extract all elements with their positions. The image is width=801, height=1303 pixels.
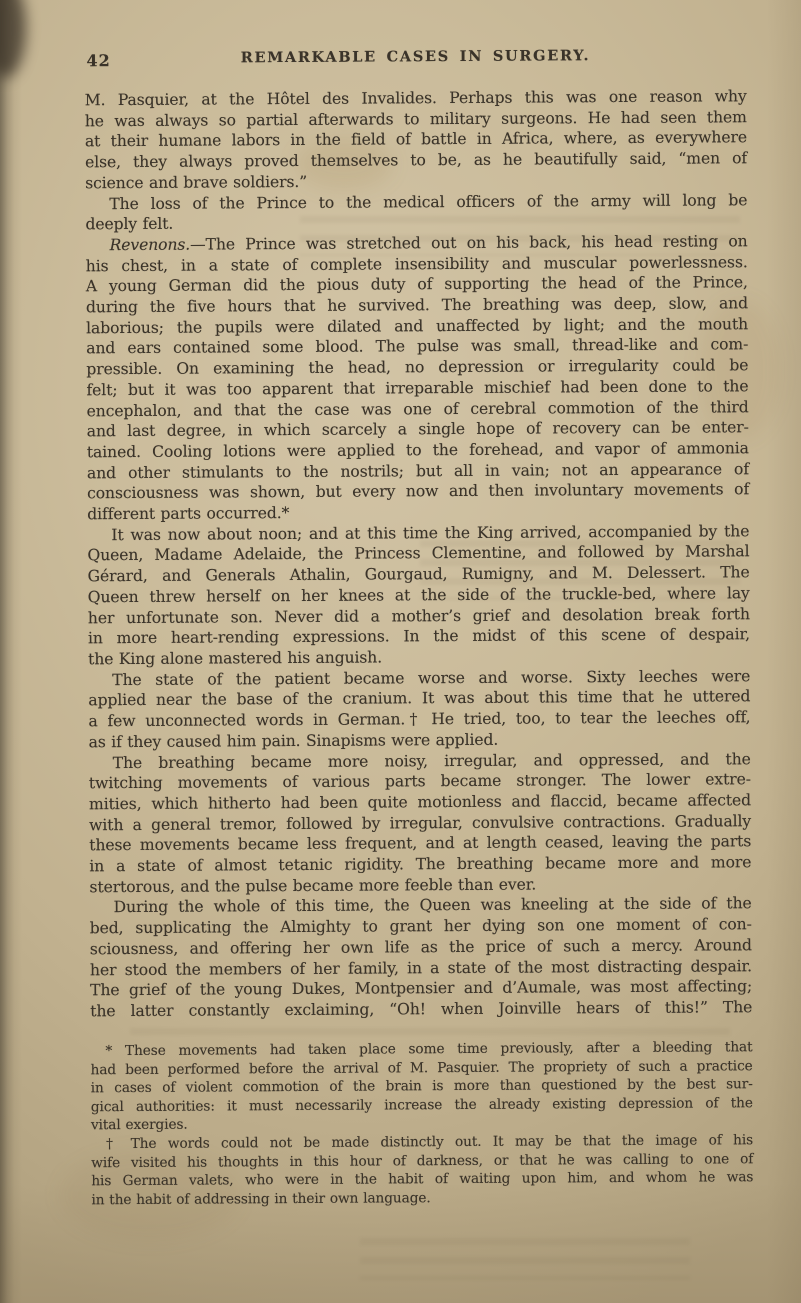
paragraph: The state of the patient became worse an… xyxy=(88,666,750,753)
line-text: twitching movements of various parts bec… xyxy=(89,770,751,792)
italic-lead: Revenons. xyxy=(110,236,191,254)
line-text: encephalon, and that the case was one of… xyxy=(87,398,749,420)
line-text: M. Pasquier, at the Hôtel des Invalides.… xyxy=(85,87,747,109)
line-text: During the whole of this time, the Queen… xyxy=(114,895,752,917)
line-text: felt; but it was too apparent that irrep… xyxy=(86,377,748,399)
line-text: wife visited his thoughts in this hour o… xyxy=(91,1151,753,1171)
text-line: else, they always proved themselves to b… xyxy=(85,148,747,173)
line-text: mities, which hitherto had been quite mo… xyxy=(89,791,751,813)
show-through xyxy=(360,1238,690,1280)
page-header: 42 REMARKABLE CASES IN SURGERY. xyxy=(84,46,746,67)
line-text: the latter constantly exclaiming, “Oh! w… xyxy=(90,998,752,1020)
line-text: her unfortunate son. Never did a mother’… xyxy=(88,605,750,627)
line-text: different parts occurred.* xyxy=(87,504,289,523)
line-text: laborious; the pupils were dilated and u… xyxy=(86,315,748,337)
paragraph: The loss of the Prince to the medical of… xyxy=(85,190,747,235)
line-text: Queen threw herself on her knees at the … xyxy=(88,584,750,606)
paragraph: Revenons.—The Prince was stretched out o… xyxy=(86,231,750,525)
line-text: and last degree, in which scarcely a sin… xyxy=(87,418,749,440)
line-text: † The words could not be made distinctly… xyxy=(106,1132,753,1152)
line-text: he was always so partial afterwards to m… xyxy=(85,108,747,130)
line-text: bed, supplicating the Almighty to grant … xyxy=(90,915,752,937)
line-text: The grief of the young Dukes, Montpensie… xyxy=(90,977,752,999)
line-text: his German valets, who were in the habit… xyxy=(91,1169,753,1189)
paragraph: The breathing became more noisy, irregul… xyxy=(89,749,752,898)
line-text: The breathing became more noisy, irregul… xyxy=(113,750,751,772)
line-text: Gérard, and Generals Athalin, Gourgaud, … xyxy=(88,563,750,585)
line-text: a few unconnected words in German.† He t… xyxy=(88,708,750,730)
line-text: with a general tremor, followed by irreg… xyxy=(89,812,751,834)
text-line: a few unconnected words in German.† He t… xyxy=(88,707,750,732)
line-text: during the five hours that he survived. … xyxy=(86,294,748,316)
right-vignette xyxy=(767,0,801,1303)
line-text: stertorous, and the pulse became more fe… xyxy=(89,875,536,896)
line-text: tained. Cooling lotions were applied to … xyxy=(87,439,749,461)
corner-shadow xyxy=(0,0,26,78)
line-text: the King alone mastered his anguish. xyxy=(88,648,382,668)
line-text: The loss of the Prince to the medical of… xyxy=(109,191,747,213)
text-line: in more heart-rending expressions. In th… xyxy=(88,624,750,649)
line-text: It was now about noon; and at this time … xyxy=(111,522,749,544)
text-line: The loss of the Prince to the medical of… xyxy=(85,190,747,215)
line-text: Queen, Madame Adelaide, the Princess Cle… xyxy=(87,543,749,565)
line-text: these movements became less frequent, an… xyxy=(89,833,751,855)
paragraph: During the whole of this time, the Queen… xyxy=(90,894,753,1022)
line-text: else, they always proved themselves to b… xyxy=(85,149,747,171)
line-text: vital exergies. xyxy=(91,1117,188,1134)
line-text: deeply felt. xyxy=(85,215,173,234)
line-text: gical authorities: it must necessarily i… xyxy=(91,1095,753,1115)
line-text: at their humane labors in the field of b… xyxy=(85,129,747,151)
footnote: * These movements had taken place some t… xyxy=(90,1038,753,1135)
book-edge-shadow xyxy=(0,0,22,1303)
footnote-section: * These movements had taken place some t… xyxy=(90,1038,753,1209)
line-text: his chest, in a state of complete insens… xyxy=(86,253,748,275)
line-text: in cases of violent commotion of the bra… xyxy=(91,1076,753,1096)
footnote: † The words could not be made distinctly… xyxy=(91,1131,753,1209)
paragraph: It was now about noon; and at this time … xyxy=(87,521,750,670)
line-text: as if they caused him pain. Sinapisms we… xyxy=(89,731,499,752)
line-text: in a state of almost tetanic rigidity. T… xyxy=(89,853,751,875)
line-text: applied near the base of the cranium. It… xyxy=(88,688,750,710)
page-number: 42 xyxy=(86,51,110,70)
line-text: pressible. On examining the head, no dep… xyxy=(86,356,748,378)
line-text: consciousness was shown, but every now a… xyxy=(87,481,749,503)
text-line: in a state of almost tetanic rigidity. T… xyxy=(89,852,751,877)
line-text: had been performed before the arrival of… xyxy=(91,1058,753,1078)
line-text: in the habit of addressing in their own … xyxy=(91,1190,430,1208)
line-text: her stood the members of her family, in … xyxy=(90,957,752,979)
line-text: The state of the patient became worse an… xyxy=(112,667,750,689)
text-line: the latter constantly exclaiming, “Oh! w… xyxy=(90,997,752,1022)
paragraph: M. Pasquier, at the Hôtel des Invalides.… xyxy=(85,86,748,194)
line-text: and other stimulants to the nostrils; bu… xyxy=(87,460,749,482)
text-line: consciousness was shown, but every now a… xyxy=(87,480,749,505)
running-head: REMARKABLE CASES IN SURGERY. xyxy=(84,46,746,67)
line-text: and ears contained some blood. The pulse… xyxy=(86,336,748,358)
line-text: A young German did the pious duty of sup… xyxy=(86,274,748,296)
line-text: science and brave soldiers.” xyxy=(85,173,307,192)
line-text: in more heart-rending expressions. In th… xyxy=(88,625,750,647)
line-text: —The Prince was stretched out on his bac… xyxy=(190,232,748,253)
line-text: * These movements had taken place some t… xyxy=(105,1039,752,1059)
text-body: M. Pasquier, at the Hôtel des Invalides.… xyxy=(85,86,753,1022)
book-page: 42 REMARKABLE CASES IN SURGERY. M. Pasqu… xyxy=(0,0,801,1303)
line-text: sciousness, and offering her own life as… xyxy=(90,936,752,958)
